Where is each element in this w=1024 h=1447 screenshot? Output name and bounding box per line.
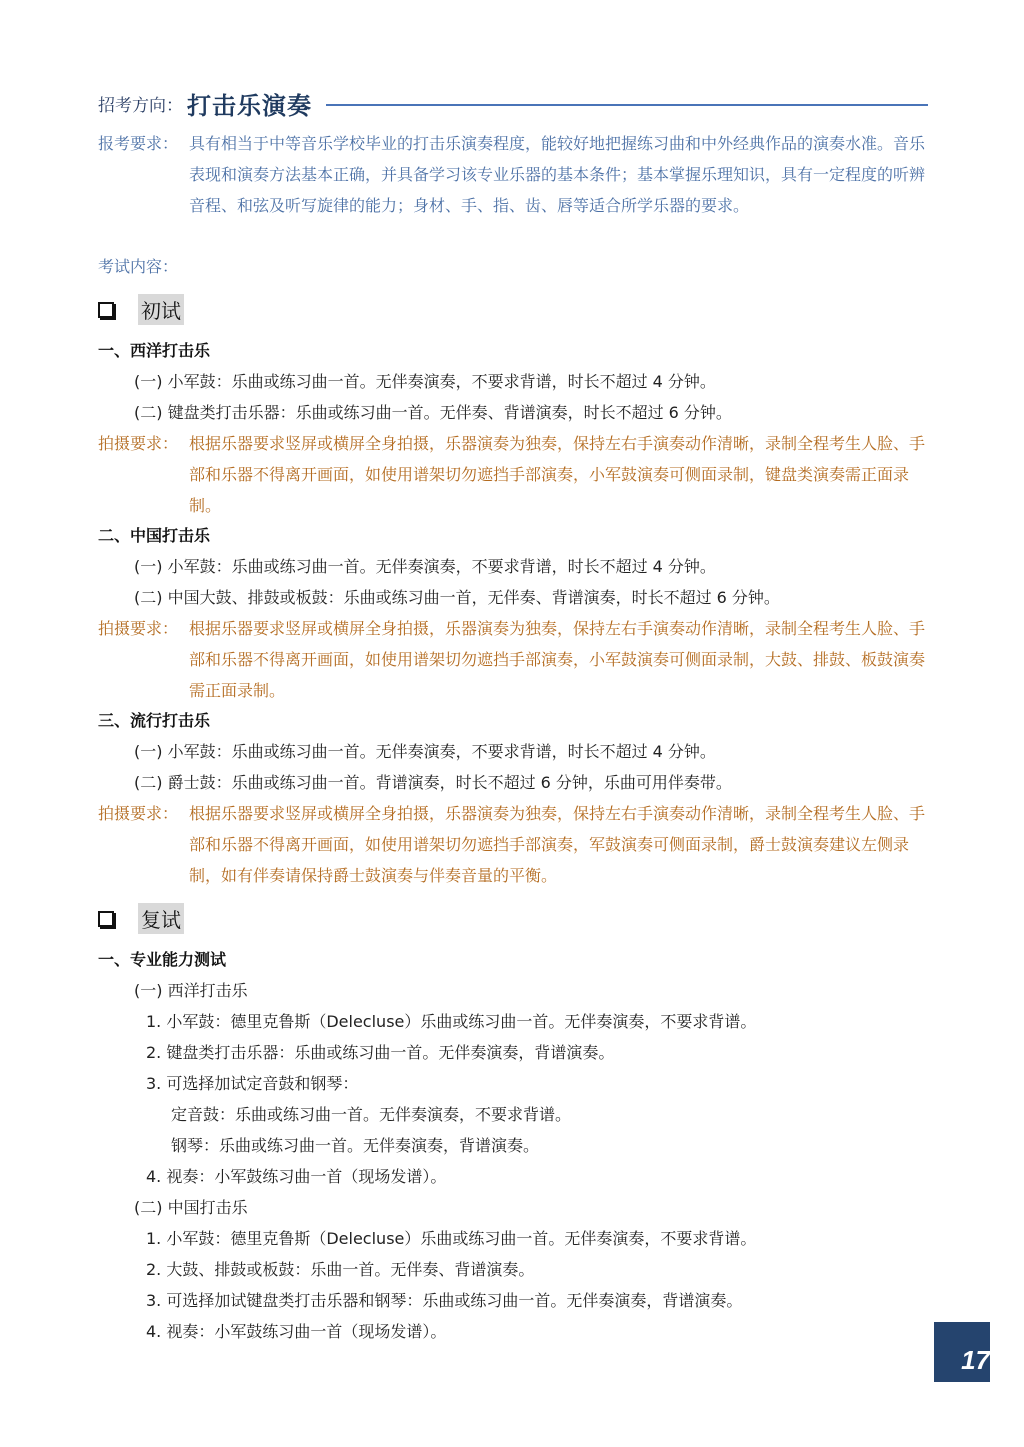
list-item: 定音鼓：乐曲或练习曲一首。无伴奏演奏，不要求背谱。 [171,1104,571,1126]
list-item: (一) 小军鼓：乐曲或练习曲一首。无伴奏演奏，不要求背谱，时长不超过 4 分钟。 [134,371,716,393]
section-title: 复试 [138,903,184,934]
subgroup-title: (二) 中国打击乐 [134,1197,248,1219]
list-item: 1. 小军鼓：德里克鲁斯（Delecluse）乐曲或练习曲一首。无伴奏演奏，不要… [146,1228,756,1250]
document-page: 招考方向： 打击乐演奏 报考要求： 具有相当于中等音乐学校毕业的打击乐演奏程度，… [0,0,1024,1447]
list-item: 3. 可选择加试键盘类打击乐器和钢琴：乐曲或练习曲一首。无伴奏演奏，背谱演奏。 [146,1290,742,1312]
requirements-label: 报考要求： [98,128,178,159]
page-title: 打击乐演奏 [187,86,312,121]
filming-requirements: 拍摄要求： 根据乐器要求竖屏或横屏全身拍摄，乐器演奏为独奏，保持左右手演奏动作清… [98,428,928,521]
header-divider [326,104,928,106]
checkbox-square-icon [98,302,114,318]
application-requirements: 报考要求： 具有相当于中等音乐学校毕业的打击乐演奏程度，能较好地把握练习曲和中外… [98,128,928,221]
section-preliminary: 初试 [98,294,184,325]
filming-requirements: 拍摄要求： 根据乐器要求竖屏或横屏全身拍摄，乐器演奏为独奏，保持左右手演奏动作清… [98,613,928,706]
filming-label: 拍摄要求： [98,798,178,829]
page-number-badge: 17 [934,1322,990,1382]
subgroup-title: (一) 西洋打击乐 [134,980,248,1002]
group-heading: 一、专业能力测试 [98,949,226,971]
checkbox-square-icon [98,911,114,927]
filming-label: 拍摄要求： [98,428,178,459]
list-item: 钢琴：乐曲或练习曲一首。无伴奏演奏，背谱演奏。 [171,1135,539,1157]
list-item: (一) 小军鼓：乐曲或练习曲一首。无伴奏演奏，不要求背谱，时长不超过 4 分钟。 [134,556,716,578]
list-item: 3. 可选择加试定音鼓和钢琴： [146,1073,358,1095]
section-retest: 复试 [98,903,184,934]
list-item: 4. 视奏：小军鼓练习曲一首（现场发谱）。 [146,1321,446,1343]
requirements-text: 具有相当于中等音乐学校毕业的打击乐演奏程度，能较好地把握练习曲和中外经典作品的演… [189,128,928,221]
filming-text: 根据乐器要求竖屏或横屏全身拍摄，乐器演奏为独奏，保持左右手演奏动作清晰，录制全程… [189,613,928,706]
list-item: 2. 键盘类打击乐器：乐曲或练习曲一首。无伴奏演奏，背谱演奏。 [146,1042,614,1064]
filming-text: 根据乐器要求竖屏或横屏全身拍摄，乐器演奏为独奏，保持左右手演奏动作清晰，录制全程… [189,798,928,891]
filming-requirements: 拍摄要求： 根据乐器要求竖屏或横屏全身拍摄，乐器演奏为独奏，保持左右手演奏动作清… [98,798,928,891]
list-item: 1. 小军鼓：德里克鲁斯（Delecluse）乐曲或练习曲一首。无伴奏演奏，不要… [146,1011,756,1033]
exam-content-label: 考试内容： [98,256,178,278]
filming-label: 拍摄要求： [98,613,178,644]
list-item: 4. 视奏：小军鼓练习曲一首（现场发谱）。 [146,1166,446,1188]
group-heading: 三、流行打击乐 [98,710,210,732]
direction-label: 招考方向： [98,91,183,116]
group-heading: 二、中国打击乐 [98,525,210,547]
section-title: 初试 [138,294,184,325]
filming-text: 根据乐器要求竖屏或横屏全身拍摄，乐器演奏为独奏，保持左右手演奏动作清晰，录制全程… [189,428,928,521]
list-item: (二) 爵士鼓：乐曲或练习曲一首。背谱演奏，时长不超过 6 分钟，乐曲可用伴奏带… [134,772,732,794]
list-item: (二) 键盘类打击乐器：乐曲或练习曲一首。无伴奏、背谱演奏，时长不超过 6 分钟… [134,402,732,424]
list-item: (一) 小军鼓：乐曲或练习曲一首。无伴奏演奏，不要求背谱，时长不超过 4 分钟。 [134,741,716,763]
group-heading: 一、西洋打击乐 [98,340,210,362]
page-header: 招考方向： 打击乐演奏 [98,86,928,120]
list-item: 2. 大鼓、排鼓或板鼓：乐曲一首。无伴奏、背谱演奏。 [146,1259,534,1281]
list-item: (二) 中国大鼓、排鼓或板鼓：乐曲或练习曲一首，无伴奏、背谱演奏，时长不超过 6… [134,587,780,609]
